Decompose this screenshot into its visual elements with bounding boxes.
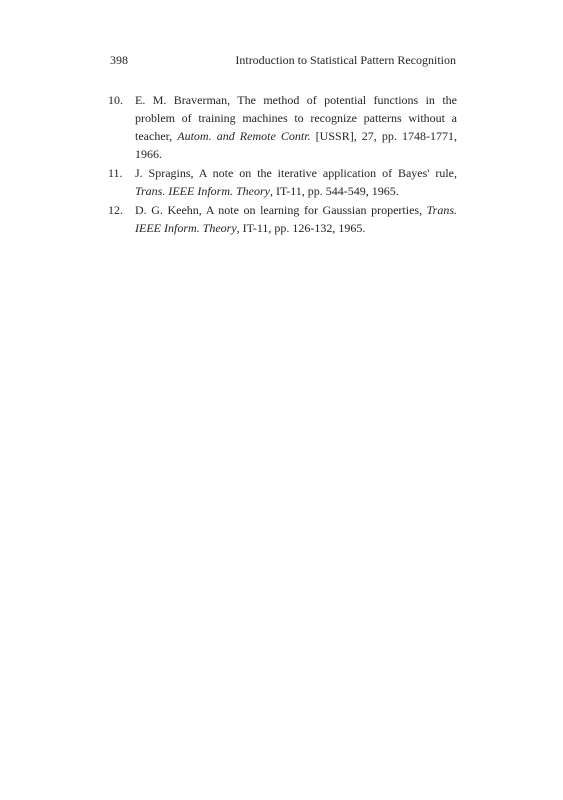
running-title: Introduction to Statistical Pattern Reco… [235,53,456,67]
reference-number: 10. [108,91,135,109]
reference-text: E. M. Braverman, The method of potential… [135,91,457,163]
reference-number: 11. [108,164,135,182]
reference-list: 10.E. M. Braverman, The method of potent… [108,91,457,238]
book-page: 398 Introduction to Statistical Pattern … [0,0,563,800]
reference-item: 10.E. M. Braverman, The method of potent… [108,91,457,163]
reference-text-segment: J. Spragins, A note on the iterative app… [135,166,457,180]
reference-journal: Autom. and Remote Contr. [177,129,310,143]
reference-item: 12.D. G. Keehn, A note on learning for G… [108,201,457,237]
reference-number: 12. [108,201,135,219]
reference-journal: Trans. IEEE Inform. Theory [135,184,270,198]
reference-text-segment: D. G. Keehn, A note on learning for Gaus… [135,203,427,217]
page-header: 398 Introduction to Statistical Pattern … [110,53,456,67]
page-number: 398 [110,53,128,67]
reference-text-segment: , IT-11, pp. 544-549, 1965. [270,184,399,198]
reference-text: D. G. Keehn, A note on learning for Gaus… [135,201,457,237]
reference-text: J. Spragins, A note on the iterative app… [135,164,457,200]
reference-text-segment: , IT-11, pp. 126-132, 1965. [237,221,366,235]
reference-item: 11.J. Spragins, A note on the iterative … [108,164,457,200]
